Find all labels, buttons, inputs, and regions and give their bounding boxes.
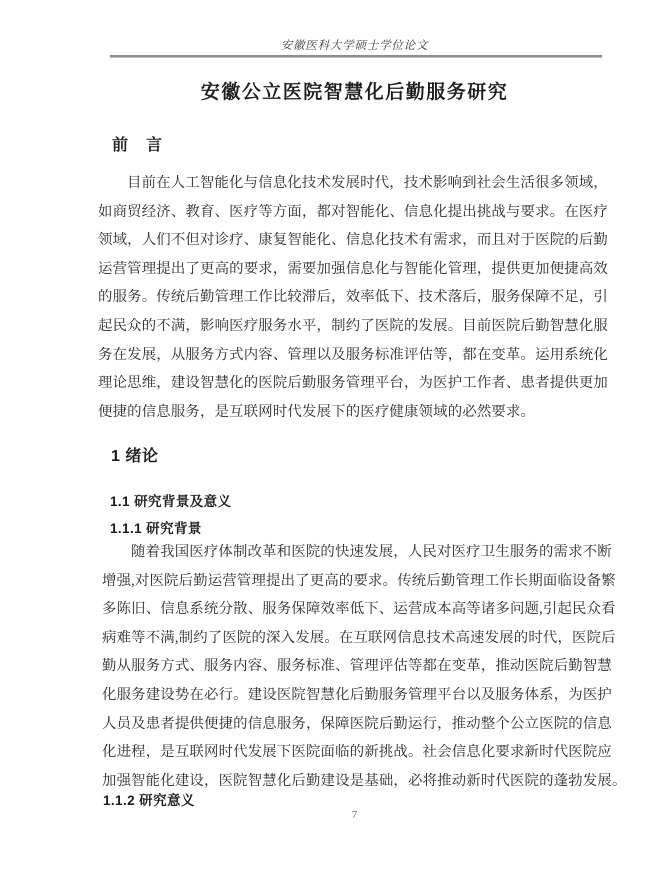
preface-heading: 前 言 bbox=[112, 132, 163, 155]
section-1-1-1-heading: 1.1.1 研究背景 bbox=[110, 517, 202, 537]
background-line: 人员及患者提供便捷的信息服务，保障医院后勤运行，推动整个公立医院的信息 bbox=[102, 710, 612, 739]
preface-line: 务在发展，从服务方式内容、管理以及服务标准评估等，都在变革。运用系统化 bbox=[98, 341, 613, 370]
preface-line: 理论思维，建设智慧化的医院后勤服务管理平台，为医护工作者、患者提供更加 bbox=[98, 369, 613, 398]
preface-line: 便捷的信息服务，是互联网时代发展下的医疗健康领域的必然要求。 bbox=[98, 398, 613, 427]
preface-line: 起民众的不满，影响医疗服务水平，制约了医院的发展。目前医院后勤智慧化服 bbox=[98, 312, 613, 341]
preface-line: 如商贸经济、教育、医疗等方面，都对智能化、信息化提出挑战与要求。在医疗 bbox=[98, 198, 613, 227]
background-line: 病难等不满,制约了医院的深入发展。在互联网信息技术高速发展的时代，医院后 bbox=[102, 624, 612, 653]
preface-paragraph: 目前在人工智能化与信息化技术发展时代，技术影响到社会生活很多领域， 如商贸经济、… bbox=[98, 169, 613, 426]
thesis-page: 安徽医科大学硕士学位论文 安徽公立医院智慧化后勤服务研究 前 言 目前在人工智能… bbox=[0, 0, 671, 877]
chapter-1-heading: 1 绪论 bbox=[111, 443, 158, 466]
running-header: 安徽医科大学硕士学位论文 bbox=[97, 37, 612, 53]
section-1-1-2-heading: 1.1.2 研究意义 bbox=[103, 789, 195, 809]
preface-line: 目前在人工智能化与信息化技术发展时代，技术影响到社会生活很多领域， bbox=[98, 169, 613, 198]
preface-line: 领域，人们不但对诊疗、康复智能化、信息化技术有需求，而且对于医院的后勤 bbox=[98, 226, 613, 255]
research-background-paragraph: 随着我国医疗体制改革和医院的快速发展，人民对医疗卫生服务的需求不断 增强,对医院… bbox=[102, 538, 612, 795]
background-line: 勤从服务方式、服务内容、服务标准、管理评估等都在变革，推动医院后勤智慧 bbox=[102, 652, 612, 681]
background-line: 化服务建设势在必行。建设医院智慧化后勤服务管理平台以及服务体系，为医护 bbox=[102, 681, 612, 710]
preface-line: 运营管理提出了更高的要求，需要加强信息化与智能化管理，提供更加便捷高效 bbox=[98, 255, 613, 284]
thesis-title: 安徽公立医院智慧化后勤服务研究 bbox=[97, 77, 612, 104]
page-number: 7 bbox=[97, 809, 612, 821]
background-line: 多陈旧、信息系统分散、服务保障效率低下、运营成本高等诸多问题,引起民众看 bbox=[102, 595, 612, 624]
preface-line: 的服务。传统后勤管理工作比较滞后，效率低下、技术落后，服务保障不足，引 bbox=[98, 283, 613, 312]
background-line: 化进程，是互联网时代发展下医院面临的新挑战。社会信息化要求新时代医院应 bbox=[102, 738, 612, 767]
header-rule-divider bbox=[110, 55, 602, 58]
background-line: 随着我国医疗体制改革和医院的快速发展，人民对医疗卫生服务的需求不断 bbox=[102, 538, 612, 567]
section-1-1-heading: 1.1 研究背景及意义 bbox=[110, 490, 231, 510]
background-line: 增强,对医院后勤运营管理提出了更高的要求。传统后勤管理工作长期面临设备繁 bbox=[102, 567, 612, 596]
